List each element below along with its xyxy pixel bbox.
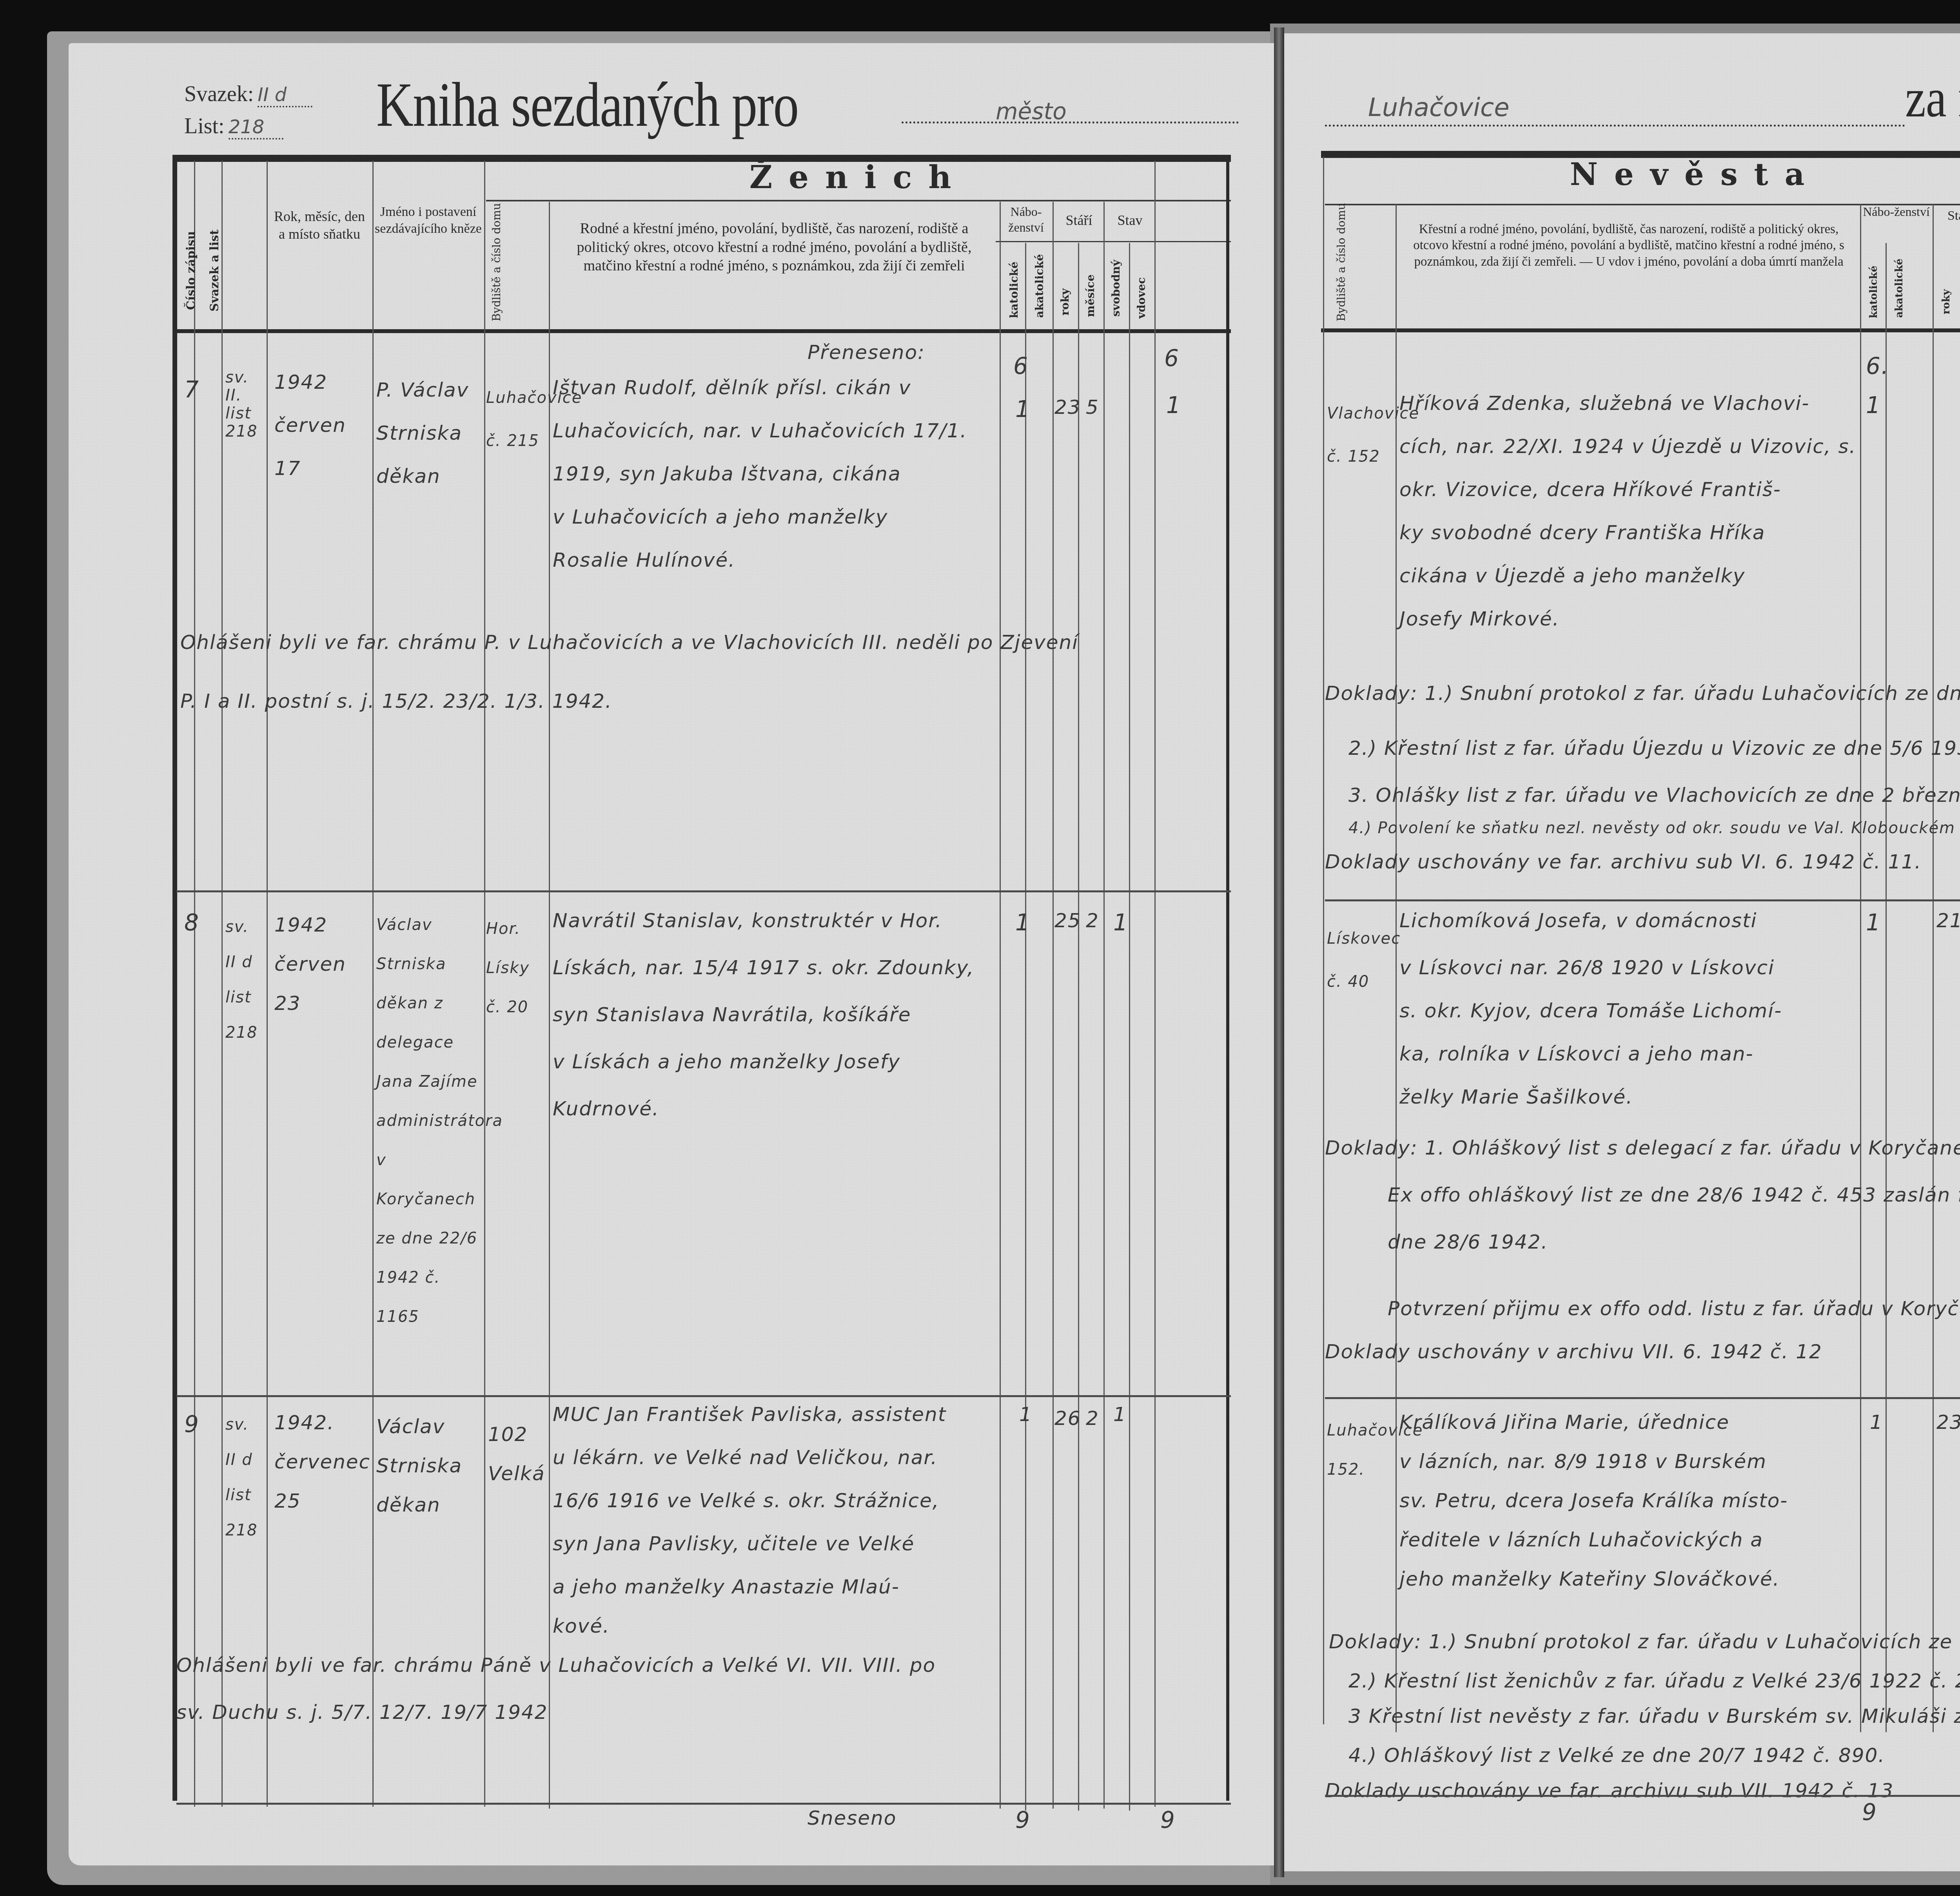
totals-label: Sneseno: [808, 1807, 897, 1829]
text-line: okr. Vizovice, dcera Hříkové Františ-: [1399, 478, 1781, 501]
left-header-bottom-rule: [172, 329, 1231, 333]
totals-rule: [1325, 1795, 1960, 1797]
col-header-stari: Stáří: [1054, 212, 1103, 229]
document-line: Doklady: 1. Ohláškový list s delegací z …: [1325, 1137, 1960, 1159]
entry-8-bride-roky: 21: [1936, 909, 1960, 932]
document-line: dne 28/6 1942.: [1388, 1231, 1548, 1253]
entry-9-bride-katolicke: 1: [1870, 1411, 1883, 1434]
document-line: Ex offo ohláškový list ze dne 28/6 1942 …: [1388, 1184, 1960, 1206]
svazek-value: II d: [258, 84, 312, 107]
document-line: Doklady: 1.) Snubní protokol z far. úřad…: [1329, 1630, 1960, 1653]
col-line: [484, 161, 485, 1807]
entry-separator: [176, 890, 1231, 892]
col-header-bydliste: Bydliště a číslo domu: [490, 219, 503, 321]
col-header-vdovec: vdovec: [1135, 274, 1148, 321]
section-title-zenich: Ženich: [486, 159, 1231, 196]
carried-bride-katolicke: 6.: [1866, 353, 1889, 379]
col-header-nevesta-katolicke: katolické: [1868, 259, 1880, 325]
list-field: List:218: [184, 114, 283, 140]
col-line: [1396, 204, 1397, 1732]
col-header-roky: roky: [1058, 282, 1071, 321]
entry-separator: [1325, 1397, 1960, 1399]
text-line: ka, rolníka v Lískovci a jeho man-: [1399, 1042, 1754, 1065]
col-line: [1933, 204, 1934, 1732]
entry-separator: [1325, 899, 1960, 901]
col-header-rok-mesic: Rok, měsíc, den a místo sňatku: [270, 208, 368, 243]
entry-9-groom-mesice: 2: [1086, 1407, 1099, 1430]
entry-9-groom-katolicke: 1: [1019, 1403, 1033, 1426]
entry-9-bride-roky: 23: [1936, 1411, 1960, 1434]
zenich-subsub-rule: [996, 241, 1231, 242]
col-line: [1053, 202, 1054, 1809]
text-line: v Lískovci nar. 26/8 1920 v Lískovci: [1399, 956, 1775, 979]
document-line: Doklady: 1.) Snubní protokol z far. úřad…: [1325, 682, 1960, 705]
document-line: Doklady uschovány ve far. archivu sub VI…: [1325, 1779, 1894, 1802]
col-header-nevesta-nabozenstvi: Nábo-ženství: [1862, 204, 1931, 219]
section-title-nevesta: Nevěsta: [1325, 157, 1960, 192]
entry-9-date: 1942. červenec 25: [274, 1403, 370, 1521]
text-line: syn Stanislava Navrátila, košíkáře: [553, 1003, 911, 1026]
document-line: 4.) Ohláškový list z Velké ze dne 20/7 1…: [1348, 1744, 1885, 1767]
entry-8-groom-svobodny: 1: [1113, 909, 1129, 936]
text-line: sv. Petru, dcera Josefa Králíka místo-: [1399, 1489, 1788, 1512]
entry-7-number: 7: [184, 376, 200, 403]
entry-8-number: 8: [184, 909, 200, 936]
text-line: u lékárn. ve Velké nad Veličkou, nar.: [553, 1446, 938, 1469]
entry-8-bride-residence: Lískovec č. 40: [1327, 917, 1394, 1003]
left-table-left-rule: [172, 155, 177, 1801]
document-line: 3 Křestní list nevěsty z far. úřadu v Bu…: [1348, 1705, 1960, 1727]
entry-7-groom-svobodny: 1: [1166, 392, 1181, 419]
svazek-label: Svazek:: [184, 82, 254, 106]
entry-8-groom-roky: 25: [1054, 909, 1081, 932]
totals-bride-katolicke: 9: [1862, 1799, 1877, 1825]
entry-8-svazek: sv. II d list 218: [225, 909, 265, 1050]
carried-over-label: Přeneseno:: [808, 341, 925, 364]
col-line: [1000, 202, 1001, 1809]
text-line: syn Jana Pavlisky, učitele ve Velké: [553, 1532, 915, 1555]
text-line: a jeho manželky Anastazie Mlaú-: [553, 1575, 900, 1598]
document-line: Doklady uschovány ve far. archivu sub VI…: [1325, 850, 1922, 873]
text-line: Rosalie Hulínové.: [553, 549, 735, 571]
entry-7-bride-residence: Vlachovice č. 152: [1327, 392, 1394, 478]
text-line: 16/6 1916 ve Velké s. okr. Strážnice,: [553, 1489, 940, 1512]
text-line: ky svobodné dcery Františka Hříka: [1399, 521, 1765, 544]
totals-groom-katolicke: 9: [1015, 1807, 1031, 1833]
entry-8-priest: Václav Strniska děkan z delegace Jana Za…: [376, 905, 482, 1336]
year-label: za rok: [1905, 67, 1960, 130]
text-line: kové.: [553, 1615, 610, 1637]
list-value: 218: [229, 116, 283, 140]
document-line: Potvrzení přijmu ex offo odd. listu z fa…: [1388, 1297, 1960, 1320]
col-header-akatolicke: akatolické: [1033, 247, 1046, 325]
text-line: Josefy Mirkové.: [1399, 607, 1560, 630]
text-line: s. okr. Kyjov, dcera Tomáše Lichomí-: [1399, 999, 1782, 1022]
col-header-stav: Stav: [1105, 212, 1154, 229]
text-line: v Luhačovicích a jeho manželky: [553, 506, 888, 528]
city-line: Luhačovice: [1325, 89, 1905, 127]
right-header-bottom-rule: [1321, 328, 1960, 332]
col-header-svobodny: svobodný: [1109, 255, 1122, 321]
text-line: Luhačovicích, nar. v Luhačovicích 17/1.: [553, 419, 967, 442]
entry-7-banns-line-1: Ohlášeni byli ve far. chrámu P. v Luhačo…: [180, 631, 1078, 654]
col-line: [1886, 243, 1887, 1732]
document-line: 3. Ohlášky list z far. úřadu ve Vlachovi…: [1348, 784, 1960, 807]
text-line: Lískách, nar. 15/4 1917 s. okr. Zdounky,: [553, 956, 974, 979]
document-line: 2.) Křestní list z far. úřadu Újezdu u V…: [1348, 737, 1960, 759]
entry-7-groom-roky: 23: [1054, 396, 1081, 419]
col-header-mesice: měsíce: [1084, 270, 1097, 321]
entry-separator: [176, 1395, 1231, 1397]
book-gutter: [1274, 27, 1284, 1877]
entry-8-groom-mesice: 2: [1086, 909, 1099, 932]
entry-9-number: 9: [184, 1411, 200, 1437]
entry-9-banns-line-2: sv. Duchu s. j. 5/7. 12/7. 19/7 1942: [176, 1701, 548, 1724]
col-line: [1078, 243, 1079, 1811]
document-line: 4.) Povolení ke sňatku nezl. nevěsty od …: [1348, 819, 1960, 837]
city-value: Luhačovice: [1368, 93, 1510, 122]
svazek-field: Svazek:II d: [184, 82, 312, 107]
col-header-nevesta-bydliste: Bydliště a číslo domu: [1335, 219, 1348, 321]
document-line: 2.) Křestní list ženichův z far. úřadu z…: [1348, 1669, 1960, 1692]
left-table-right-rule: [1226, 155, 1229, 1801]
col-line: [1025, 243, 1026, 1811]
book-title: Kniha sezdaných pro: [376, 69, 798, 141]
col-line: [372, 161, 374, 1807]
entry-9-bride-residence: Luhačovice 152.: [1327, 1411, 1394, 1489]
text-line: Králíková Jiřina Marie, úřednice: [1399, 1411, 1730, 1434]
entry-9-svazek: sv. II d list 218: [225, 1407, 265, 1548]
col-header-nevesta-roky: roky: [1940, 282, 1952, 321]
entry-9-groom-residence: 102 Velká: [488, 1415, 547, 1493]
col-header-nevesta-desc: Křestní a rodné jméno, povolání, bydlišt…: [1401, 221, 1856, 270]
text-line: cích, nar. 22/XI. 1924 v Újezdě u Vizovi…: [1399, 435, 1856, 458]
text-line: MUC Jan František Pavliska, assistent: [553, 1403, 946, 1426]
entry-8-groom-residence: Hor. Lísky č. 20: [486, 909, 549, 1027]
col-line: [1129, 243, 1130, 1811]
text-line: ředitele v lázních Luhačovických a: [1399, 1528, 1763, 1551]
col-line: [221, 161, 223, 1807]
col-header-nevesta-stari: Stáří: [1935, 208, 1960, 225]
col-line: [194, 161, 195, 1807]
col-line: [1860, 204, 1861, 1732]
carried-groom-svobodny: 6: [1164, 345, 1180, 372]
for-type-line: město: [902, 90, 1239, 123]
col-line: [549, 202, 550, 1809]
entry-7-svazek: sv. II. list 218: [225, 368, 265, 440]
col-header-nevesta-akatolicke: akatolické: [1893, 251, 1905, 325]
text-line: cikána v Újezdě a jeho manželky: [1399, 564, 1745, 587]
carried-groom-katolicke: 6: [1013, 353, 1029, 379]
entry-8-bride-katolicke: 1: [1866, 909, 1881, 936]
totals-groom-svobodny: 9: [1160, 1807, 1176, 1833]
entry-9-banns-line-1: Ohlášeni byli ve far. chrámu Páně v Luha…: [176, 1654, 936, 1677]
entry-8-date: 1942 červen 23: [274, 905, 368, 1023]
entry-7-date: 1942 červen 17: [274, 361, 368, 490]
entry-7-priest: P. Václav Strniska děkan: [376, 368, 482, 498]
text-line: Lichomíková Josefa, v domácnosti: [1399, 909, 1757, 932]
col-line: [267, 161, 268, 1807]
col-header-cislo-zapisu: Číslo zápisu: [184, 219, 198, 321]
col-header-jmeno-knez: Jméno i postavení sezdávajícího kněze: [374, 204, 482, 237]
text-line: 1919, syn Jakuba Ištvana, cikána: [553, 462, 901, 485]
col-header-svazek-a-list: Svazek a list: [208, 219, 221, 321]
entry-7-groom-mesice: 5: [1086, 396, 1099, 419]
text-line: Hříková Zdenka, služebná ve Vlachovi-: [1399, 392, 1809, 415]
entry-7-groom-residence: Luhačovice č. 215: [486, 376, 549, 462]
col-line: [1323, 157, 1324, 1724]
text-line: Kudrnové.: [553, 1097, 659, 1120]
col-header-nabozenstvi: Nábo-ženství: [1002, 204, 1051, 235]
col-header-zenich-desc: Rodné a křestní jméno, povolání, bydlišt…: [557, 219, 992, 276]
entry-7-bride-katolicke: 1: [1866, 392, 1881, 419]
text-line: jeho manželky Kateřiny Slováčkové.: [1399, 1568, 1780, 1590]
totals-rule: [176, 1803, 1231, 1805]
text-line: v lázních, nar. 8/9 1918 v Burském: [1399, 1450, 1767, 1473]
list-label: List:: [184, 114, 225, 138]
text-line: Ištvan Rudolf, dělník přísl. cikán v: [553, 376, 911, 399]
col-line: [1103, 202, 1105, 1809]
zenich-sub-rule: [486, 200, 1231, 201]
entry-7-banns-line-2: P. I a II. postní s. j. 15/2. 23/2. 1/3.…: [180, 690, 612, 712]
entry-9-groom-roky: 26: [1054, 1407, 1081, 1430]
col-header-katolicke: katolické: [1007, 255, 1020, 325]
for-type-value: město: [996, 98, 1067, 125]
col-line: [1154, 161, 1156, 1807]
entry-7-groom-katolicke: 1: [1015, 396, 1031, 422]
text-line: Navrátil Stanislav, konstruktér v Hor.: [553, 909, 942, 932]
document-line: Doklady uschovány v archivu VII. 6. 1942…: [1325, 1340, 1822, 1363]
entry-8-groom-katolicke: 1: [1015, 909, 1031, 936]
entry-9-priest: Václav Strniska děkan: [376, 1407, 482, 1524]
text-line: v Lískách a jeho manželky Josefy: [553, 1050, 900, 1073]
entry-9-groom-svobodny: 1: [1113, 1403, 1127, 1426]
text-line: želky Marie Šašilkové.: [1399, 1086, 1633, 1108]
